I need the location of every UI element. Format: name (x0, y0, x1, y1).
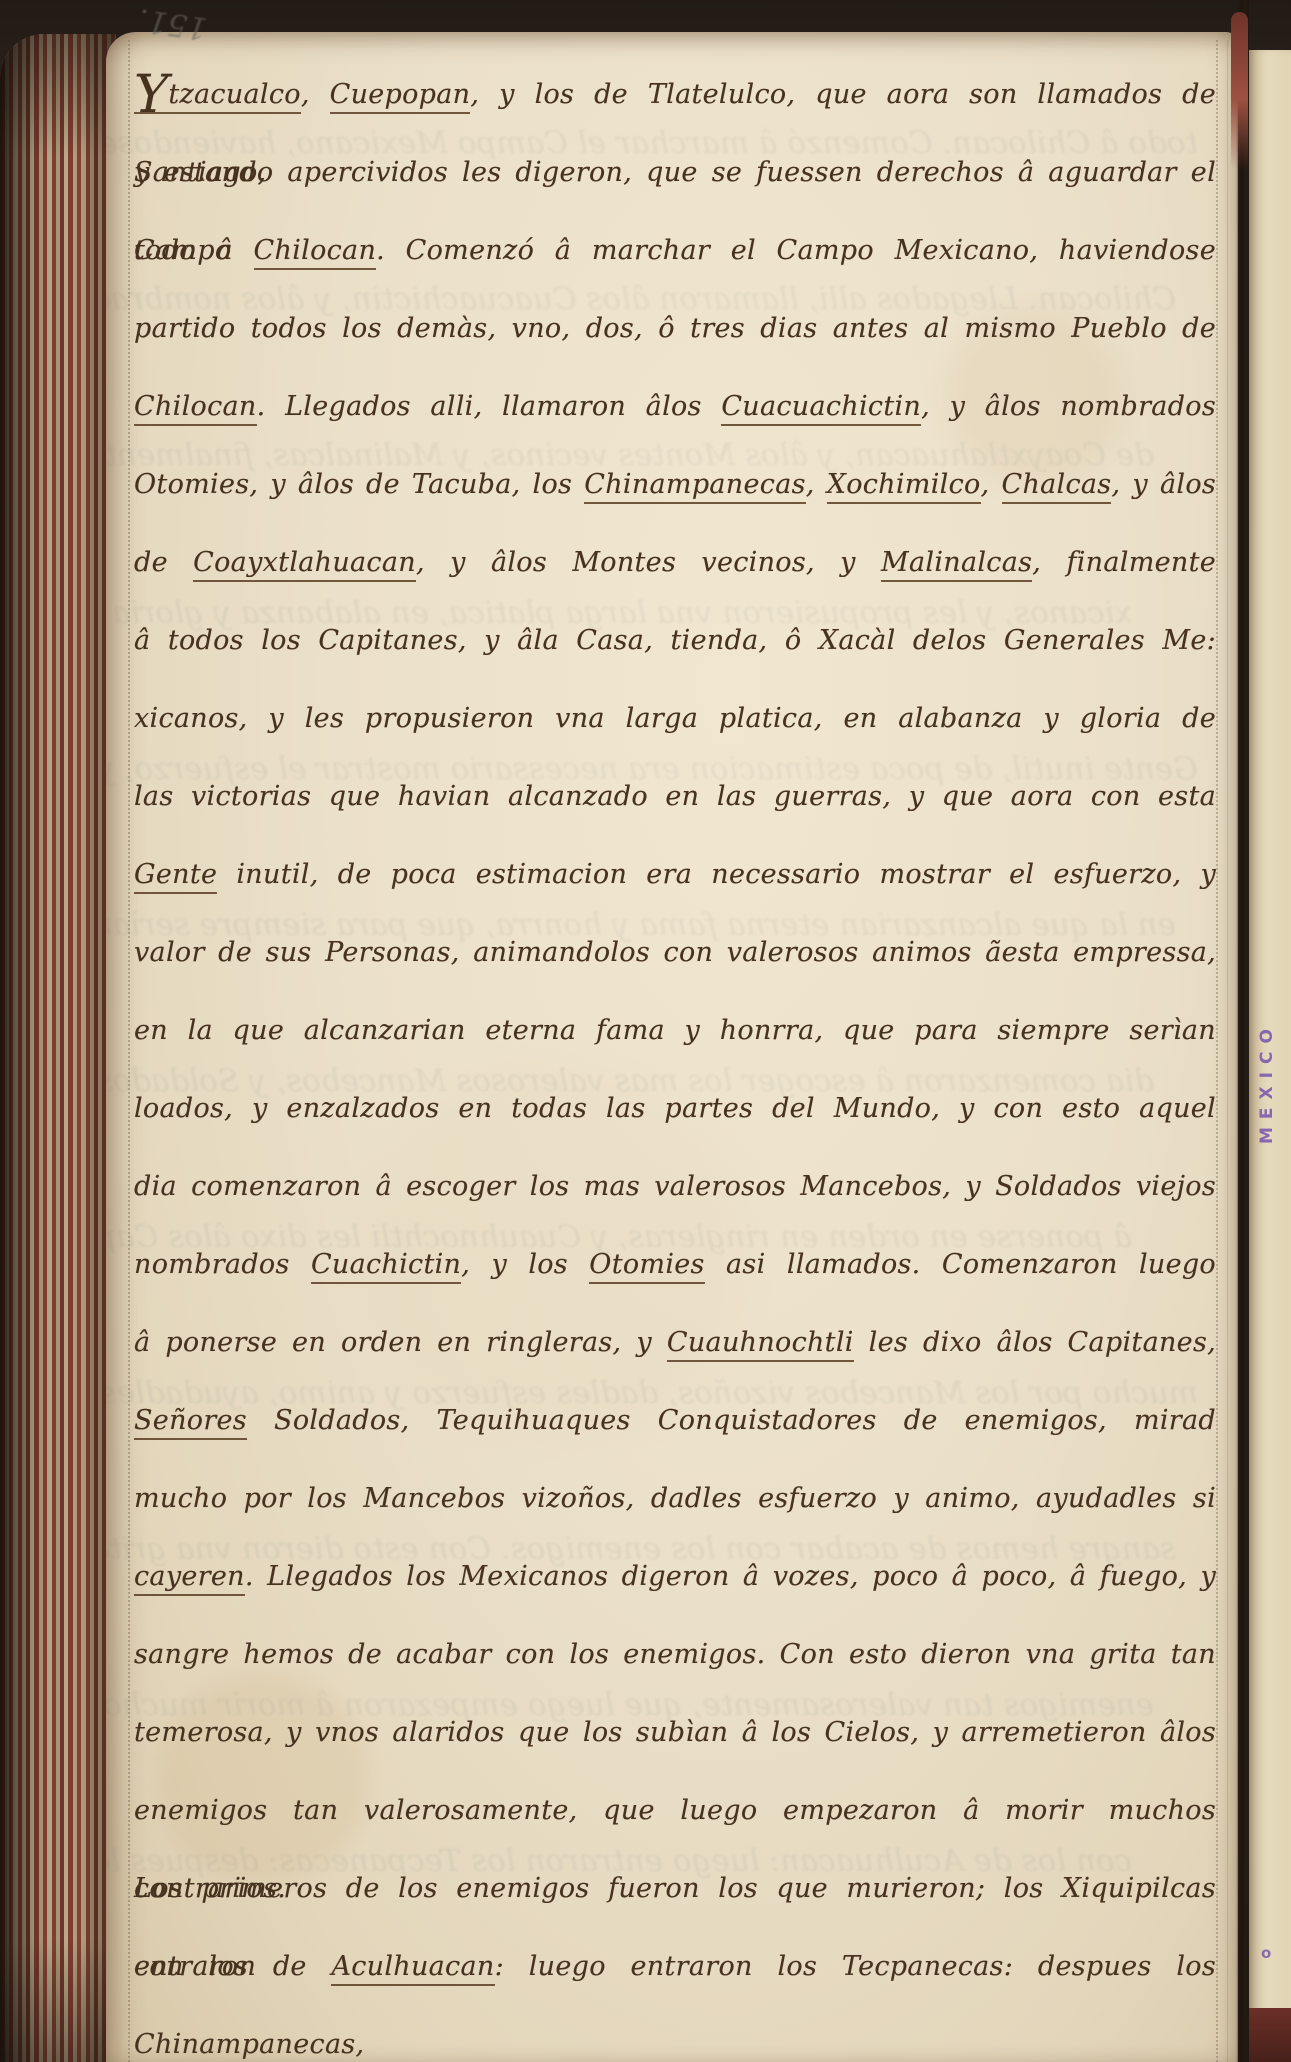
manuscript-line: todo â Chilocan. Comenzó â marchar el Ca… (134, 212, 1216, 290)
manuscript-line: nombrados Cuachictin, y los Otomies asi … (134, 1226, 1216, 1304)
red-fore-edge-top (1231, 12, 1248, 170)
manuscript-line: Chilocan. Llegados alli, llamaron âlos C… (134, 368, 1216, 446)
manuscript-line: Los primeros de los enemigos fueron los … (134, 1850, 1216, 1928)
red-fore-edge-bottom (1249, 2008, 1291, 2062)
manuscript-lines: Ytzacualco, Cuepopan, y los de Tlatelulc… (134, 56, 1216, 2006)
manuscript-line: temerosa, y vnos alaridos que los subìan… (134, 1694, 1216, 1772)
manuscript-line: enemigos tan valerosamente, que luego em… (134, 1772, 1216, 1850)
manuscript-line: las victorias que havian alcanzado en la… (134, 758, 1216, 836)
manuscript-line: cayeren. Llegados los Mexicanos digeron … (134, 1538, 1216, 1616)
manuscript-line: partido todos los demàs, vno, dos, ô tre… (134, 290, 1216, 368)
ornate-initial: Y (134, 65, 168, 125)
book-binding-edge (0, 34, 116, 2062)
manuscript-line: en la que alcanzarian eterna fama y honr… (134, 992, 1216, 1070)
manuscript-line: Gente inutil, de poca estimacion era nec… (134, 836, 1216, 914)
manuscript-line: xicanos, y les propusieron vna larga pla… (134, 680, 1216, 758)
manuscript-line: loados, y enzalzados en todas las partes… (134, 1070, 1216, 1148)
manuscript-line: dia comenzaron â escoger los mas valeros… (134, 1148, 1216, 1226)
manuscript-scan: todo â Chilocan. Comenzó â marchar el Ca… (0, 0, 1291, 2062)
manuscript-line: y estando apercividos les digeron, que s… (134, 134, 1216, 212)
mexico-stamp: MEXICO (1257, 844, 1277, 1144)
stamp-mark-icon: o (1261, 1944, 1271, 1962)
manuscript-line: Señores Soldados, Tequihuaques Conquista… (134, 1382, 1216, 1460)
manuscript-line: Ytzacualco, Cuepopan, y los de Tlatelulc… (134, 56, 1216, 134)
manuscript-line: Otomies, y âlos de Tacuba, los Chinampan… (134, 446, 1216, 524)
page-gap-shadow (1236, 0, 1249, 2062)
manuscript-line: â todos los Capitanes, y âla Casa, tiend… (134, 602, 1216, 680)
manuscript-line: con los de Aculhuacan: luego entraron lo… (134, 1928, 1216, 2006)
manuscript-line: de Coayxtlahuacan, y âlos Montes vecinos… (134, 524, 1216, 602)
manuscript-line: valor de sus Personas, animandolos con v… (134, 914, 1216, 992)
manuscript-line: mucho por los Mancebos vizoños, dadles e… (134, 1460, 1216, 1538)
manuscript-line: â ponerse en orden en ringleras, y Cuauh… (134, 1304, 1216, 1382)
manuscript-line: sangre hemos de acabar con los enemigos.… (134, 1616, 1216, 1694)
